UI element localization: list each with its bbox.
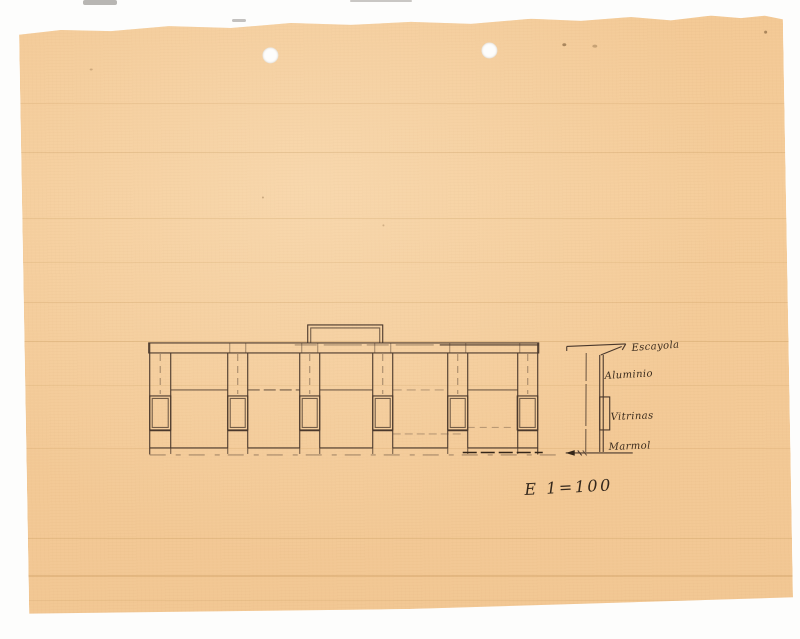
crease-line xyxy=(20,538,800,539)
paper-speck xyxy=(382,224,384,226)
crease-line xyxy=(16,302,796,303)
paper-sheet: Escayola Aluminio Vitrinas Marmol E 1=10… xyxy=(19,11,793,616)
leader-hook xyxy=(622,344,626,350)
punch-hole-left xyxy=(262,47,278,63)
leader-line xyxy=(601,346,622,355)
scanner-smudge xyxy=(232,19,246,22)
paper-speck xyxy=(90,68,93,70)
scanned-page: Escayola Aluminio Vitrinas Marmol E 1=10… xyxy=(0,0,800,639)
paper-speck xyxy=(592,45,597,48)
fascia-band xyxy=(149,343,539,353)
paper-speck xyxy=(562,43,566,46)
paper-speck xyxy=(262,196,264,198)
material-label-escayola: Escayola xyxy=(630,340,680,354)
punch-hole-right xyxy=(481,42,497,58)
crease-line xyxy=(21,575,800,577)
vitrine-panels xyxy=(150,396,538,431)
crease-line xyxy=(15,262,795,263)
material-label-vitrinas: Vitrinas xyxy=(610,410,653,422)
ground-lines xyxy=(150,448,565,455)
paper-speck xyxy=(764,31,767,34)
crease-line xyxy=(13,152,793,153)
crease-line xyxy=(14,218,794,219)
scanner-smudge xyxy=(83,0,117,5)
section-vitrine xyxy=(600,397,610,430)
material-label-aluminio: Aluminio xyxy=(603,368,653,382)
crease-line xyxy=(12,103,792,104)
scanner-smudge xyxy=(350,0,412,2)
material-labels: Escayola Aluminio Vitrinas Marmol xyxy=(603,340,680,453)
storefront-piers xyxy=(150,343,538,455)
elevation-drawing: Escayola Aluminio Vitrinas Marmol E 1=10… xyxy=(145,318,675,508)
roof-box xyxy=(308,325,383,343)
crease-line xyxy=(21,600,800,601)
section-detail xyxy=(566,344,633,456)
scale-notation: E 1=100 xyxy=(523,475,613,499)
material-label-marmol: Marmol xyxy=(607,440,650,452)
